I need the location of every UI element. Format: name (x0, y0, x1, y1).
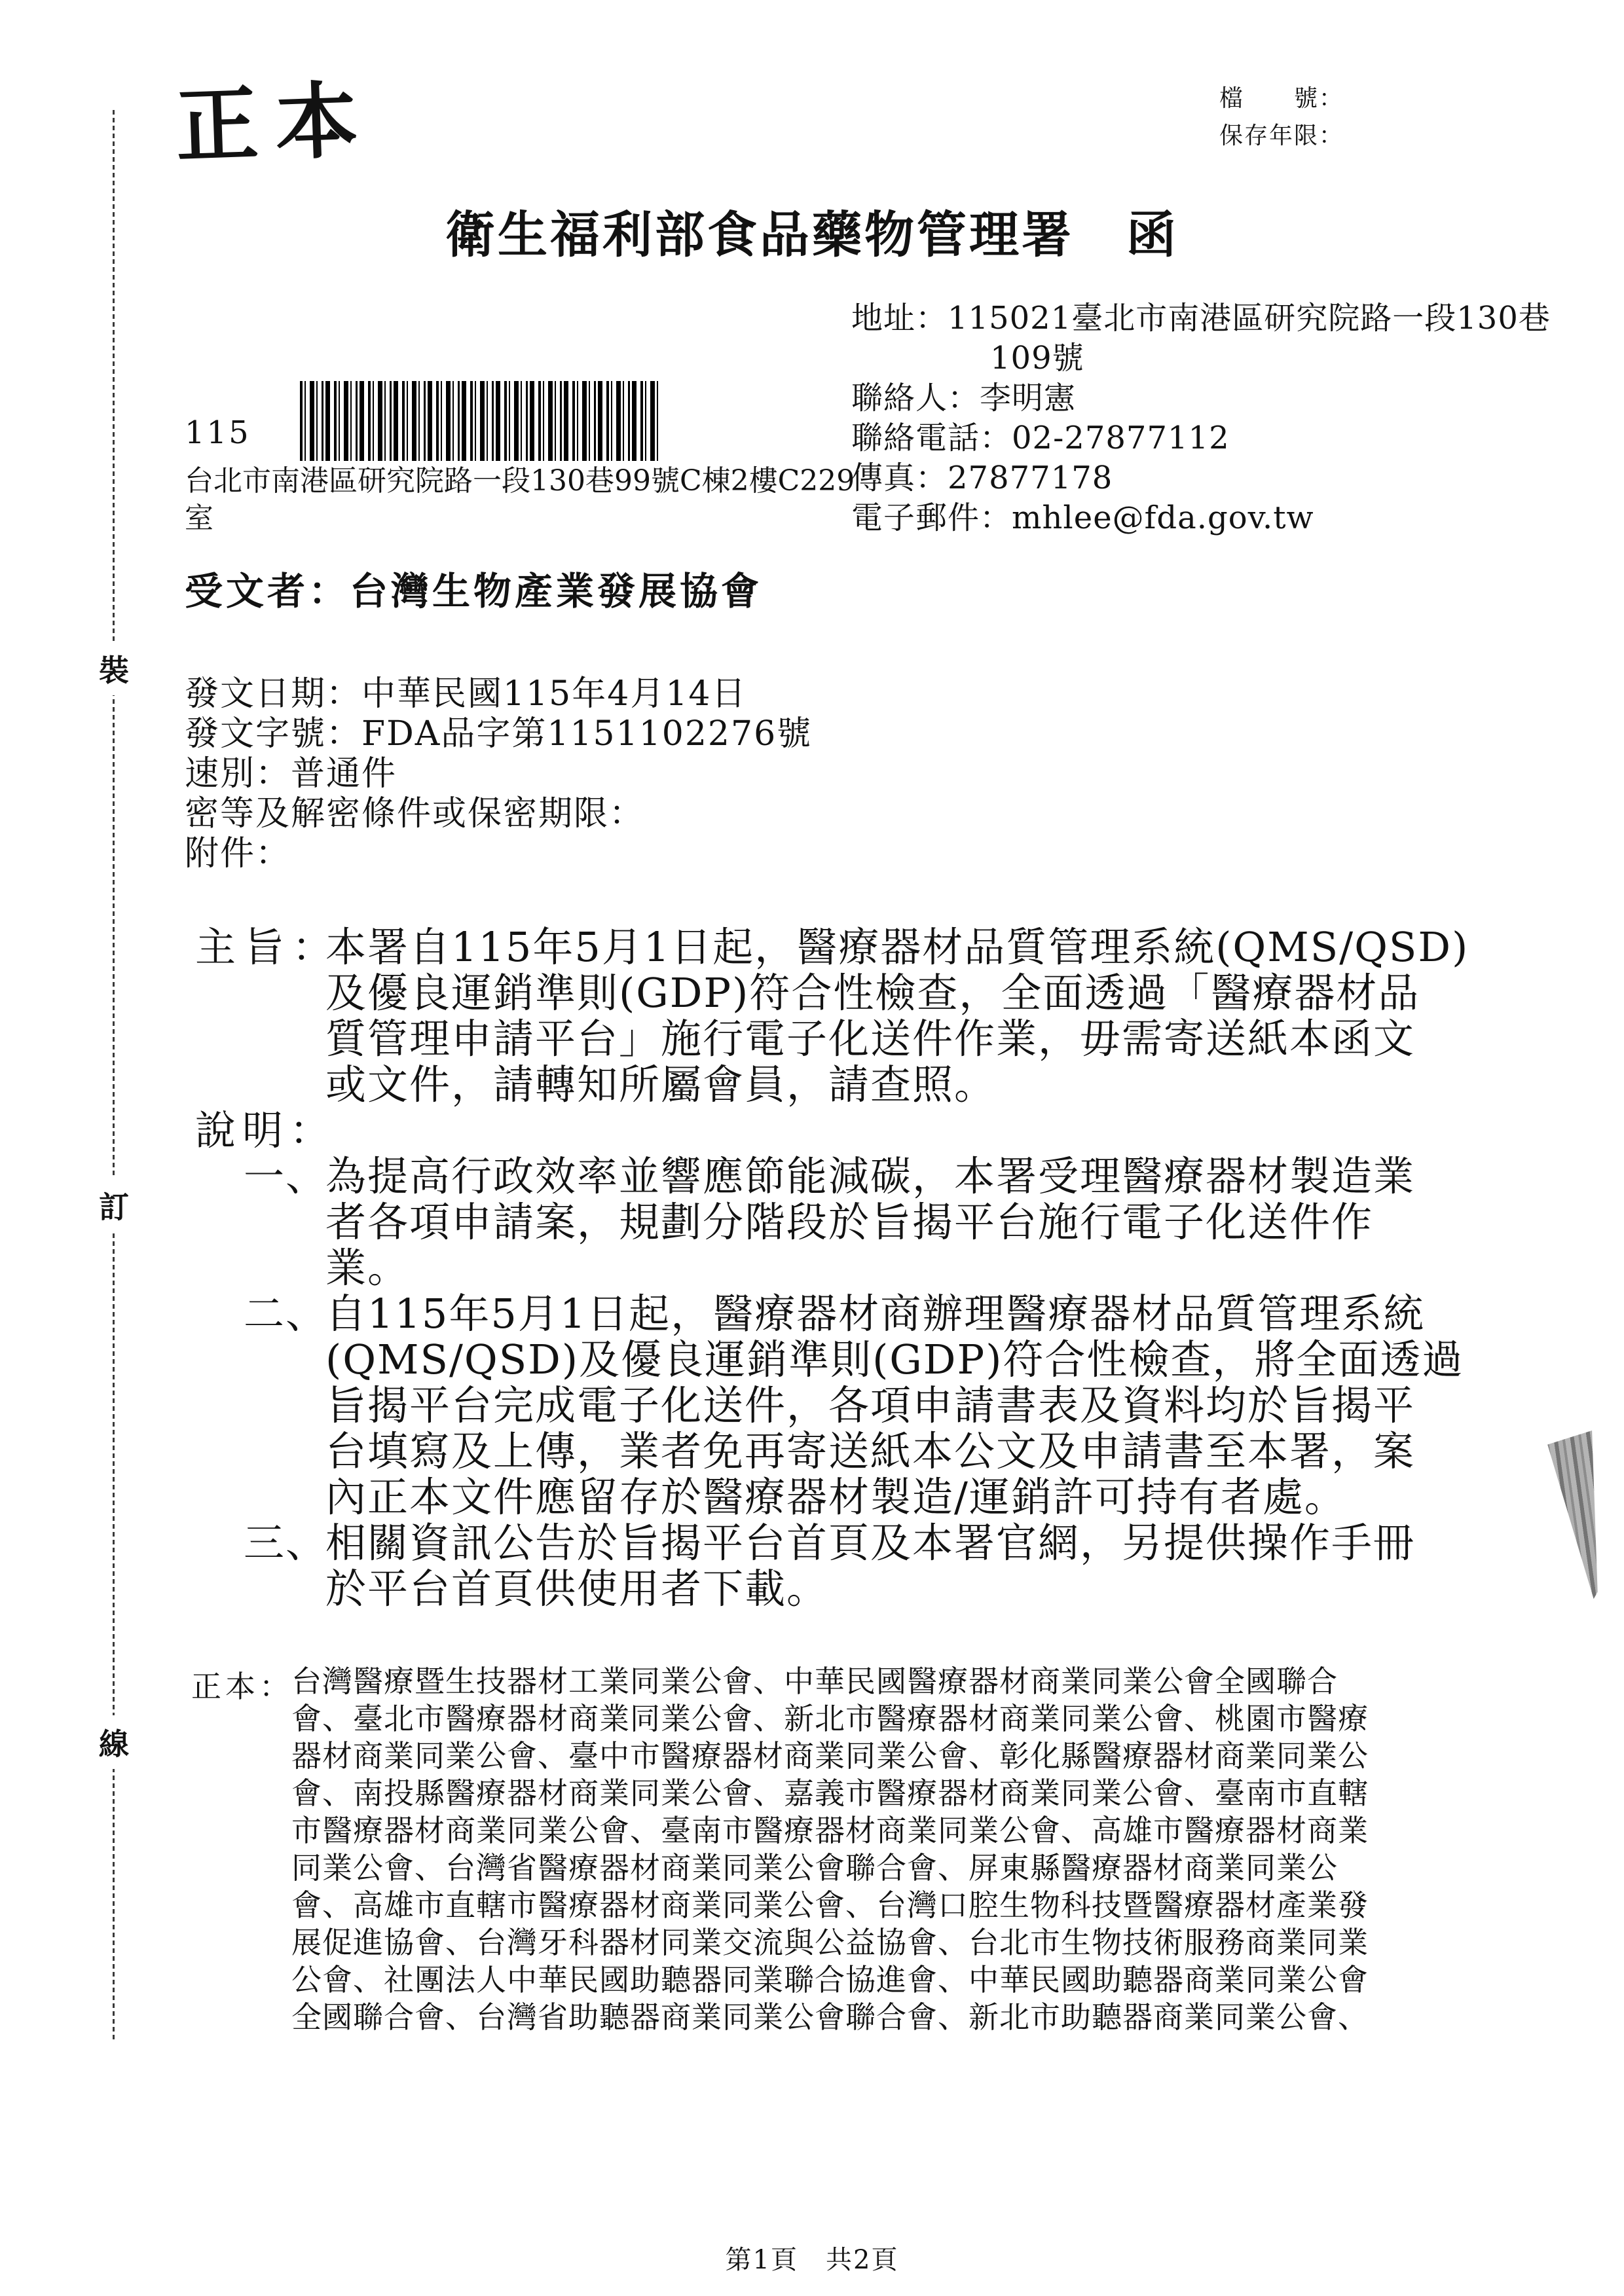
subject-text: 本署自115年5月1日起，醫療器材品質管理系統(QMS/QSD) 及優良運銷準則… (325, 924, 1530, 1108)
explanation-item-3-text: 相關資訊公告於旨揭平台首頁及本署官網，另提供操作手冊 於平台首頁供使用者下載。 (325, 1520, 1534, 1612)
file-number-label: 檔 號： (1219, 80, 1344, 117)
contact-info-block: 地址：115021臺北市南港區研究院路一段130巷 109號 聯絡人：李明憲 聯… (851, 299, 1551, 538)
return-address: 台北市南港區研究院路一段130巷99號C棟2樓C229 室 (185, 462, 866, 537)
explanation-item-1-number: 一、 (244, 1154, 327, 1199)
contact-fax-line: 傳真：27877178 (851, 458, 1551, 498)
document-title: 衛生福利部食品藥物管理署 函 (0, 195, 1624, 266)
file-number-block: 檔 號： 保存年限： (1219, 80, 1344, 155)
explanation-item-2-number: 二、 (244, 1291, 327, 1337)
recipient-line: 受文者：台灣生物產業發展協會 (185, 560, 762, 615)
copy-to-label: 正本： (191, 1663, 293, 1706)
contact-address-line: 地址：115021臺北市南港區研究院路一段130巷 (851, 299, 1551, 338)
binding-mark-zhuang: 裝 (97, 642, 131, 695)
contact-email-line: 電子郵件：mhlee@fda.gov.tw (851, 498, 1551, 538)
original-copy-stamp: 正本 (174, 54, 377, 179)
seal-fragment (1544, 1430, 1600, 1606)
copy-to-list: 台灣醫療暨生技器材工業同業公會、中華民國醫療器材商業同業公會全國聯合 會、臺北市… (291, 1663, 1424, 2036)
explanation-label: 說明： (195, 1108, 337, 1154)
document-page: 裝 訂 線 正本 檔 號： 保存年限： 衛生福利部食品藥物管理署 函 地址：11… (0, 0, 1624, 2296)
zip-code: 115 (185, 414, 251, 451)
subject-label: 主旨： (195, 924, 341, 970)
barcode (300, 381, 659, 461)
explanation-item-2-text: 自115年5月1日起，醫療器材商辦理醫療器材品質管理系統 (QMS/QSD)及優… (325, 1291, 1534, 1520)
explanation-item-1-text: 為提高行政效率並響應節能減碳，本署受理醫療器材製造業 者各項申請案，規劃分階段於… (325, 1154, 1534, 1291)
page-footer: 第1頁 共2頁 (0, 2239, 1624, 2276)
dispatch-meta-block: 發文日期：中華民國115年4月14日 發文字號：FDA品字第1151102276… (185, 674, 812, 874)
retention-period-label: 保存年限： (1219, 117, 1344, 155)
contact-address-line2: 109號 (851, 338, 1551, 378)
contact-phone-line: 聯絡電話：02-27877112 (851, 418, 1551, 458)
contact-person-line: 聯絡人：李明憲 (851, 378, 1551, 418)
binding-mark-ding: 訂 (97, 1178, 131, 1232)
binding-mark-xian: 線 (97, 1715, 131, 1769)
explanation-item-3-number: 三、 (244, 1520, 327, 1566)
